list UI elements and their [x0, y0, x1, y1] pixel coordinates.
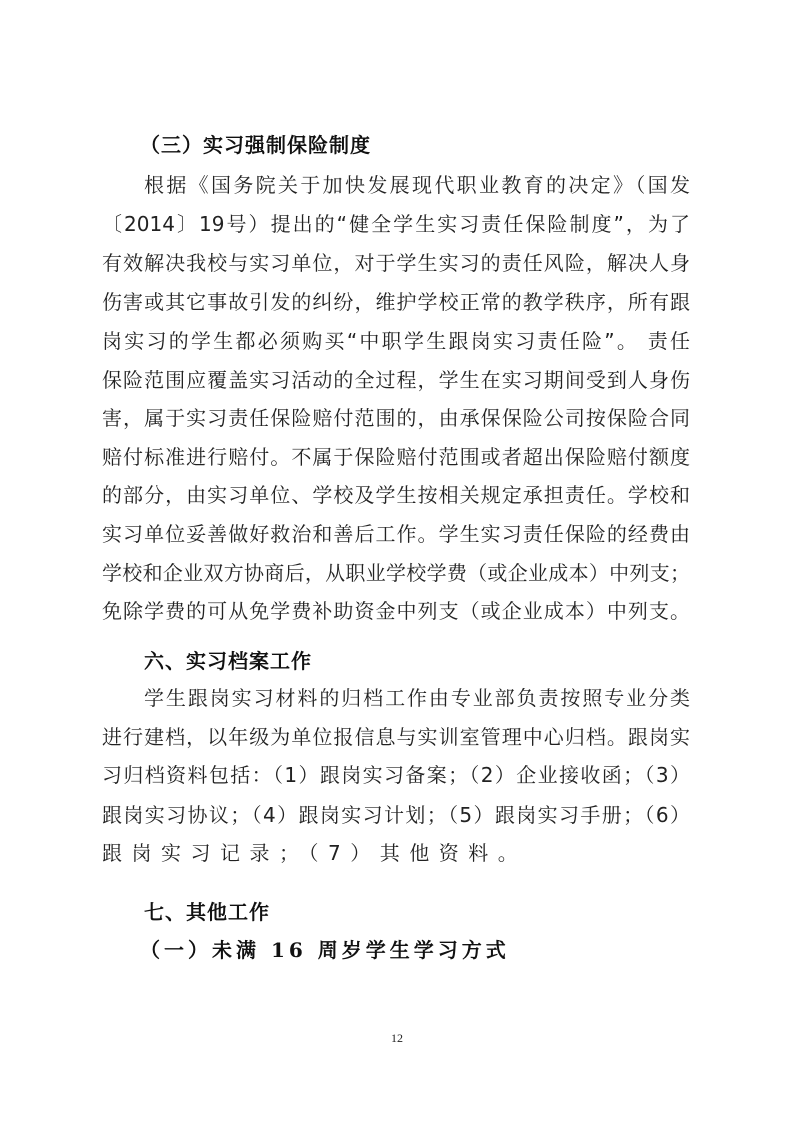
paragraph-line: 学校和企业双方协商后，从职业学校学费（或企业成本）中列支； [102, 558, 690, 588]
paragraph-line: 害，属于实习责任保险赔付范围的，由承保保险公司按保险合同 [102, 403, 690, 433]
paragraph-line: 岗实习的学生都必须购买“中职学生跟岗实习责任险”。 责任 [102, 326, 690, 356]
paragraph-line: 〔2014〕19号）提出的“健全学生实习责任保险制度”，为了 [102, 209, 690, 239]
paragraph-line: 习归档资料包括：（1）跟岗实习备案；（2）企业接收函；（3） [102, 760, 690, 790]
paragraph-line: 根据《国务院关于加快发展现代职业教育的决定》（国发 [144, 170, 690, 200]
sub-heading-under-16: （一）未满 16 周岁学生学习方式 [140, 935, 510, 965]
section-heading-archive: 六、实习档案工作 [144, 646, 312, 676]
paragraph-line: 进行建档，以年级为单位报信息与实训室管理中心归档。跟岗实 [102, 722, 690, 752]
paragraph-line: 有效解决我校与实习单位，对于学生实习的责任风险，解决人身 [102, 248, 690, 278]
paragraph-line: 学生跟岗实习材料的归档工作由专业部负责按照专业分类 [144, 683, 690, 713]
paragraph-line: 跟岗实习协议；（4）跟岗实习计划；（5）跟岗实习手册；（6） [102, 800, 690, 830]
paragraph-line: 实习单位妥善做好救治和善后工作。学生实习责任保险的经费由 [102, 519, 690, 549]
section-heading-insurance: （三）实习强制保险制度 [140, 130, 371, 160]
paragraph-line: 跟岗实习记录；（7）其他资料。 [102, 838, 690, 868]
paragraph-line: 的部分，由实习单位、学校及学生按相关规定承担责任。学校和 [102, 480, 690, 510]
paragraph-line: 免除学费的可从免学费补助资金中列支（或企业成本）中列支。 [102, 596, 690, 626]
paragraph-line: 伤害或其它事故引发的纠纷，维护学校正常的教学秩序，所有跟 [102, 287, 690, 317]
paragraph-line: 保险范围应覆盖实习活动的全过程，学生在实习期间受到人身伤 [102, 365, 690, 395]
page-number: 12 [386, 1031, 408, 1046]
section-heading-other: 七、其他工作 [144, 897, 270, 927]
document-page: （三）实习强制保险制度 根据《国务院关于加快发展现代职业教育的决定》（国发 〔2… [0, 0, 793, 1122]
paragraph-line: 赔付标准进行赔付。不属于保险赔付范围或者超出保险赔付额度 [102, 442, 690, 472]
